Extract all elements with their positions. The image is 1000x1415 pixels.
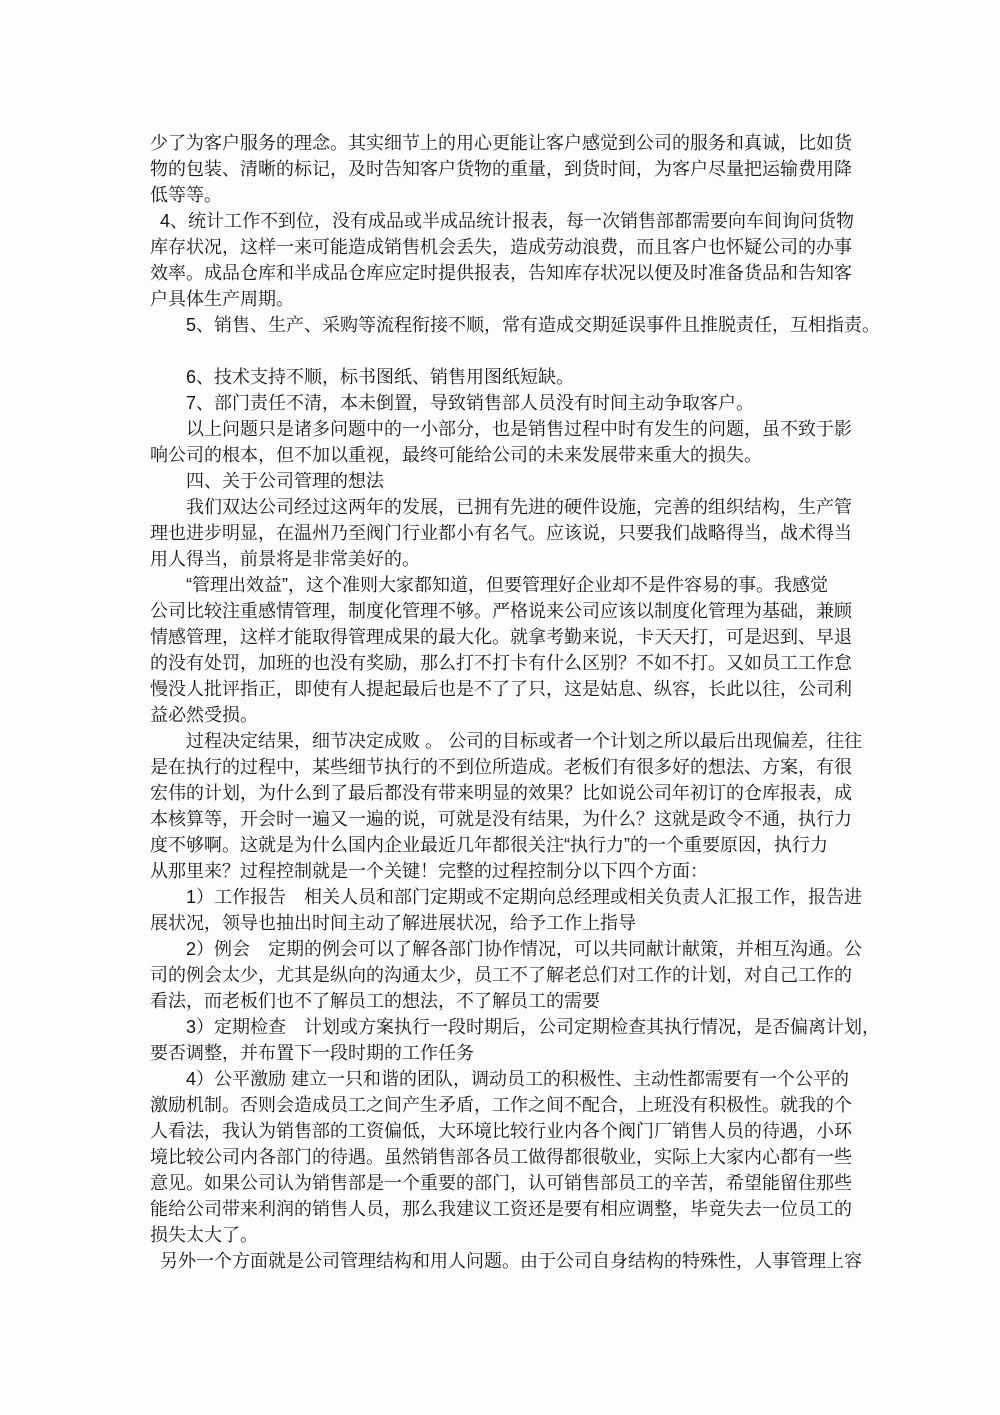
text-line: 本核算等，开会时一遍又一遍的说，可就是没有结果，为什么？这就是政令不通，执行力 bbox=[150, 806, 910, 832]
text-line: 物的包装、清晰的标记，及时告知客户货物的重量，到货时间，为客户尽量把运输费用降 bbox=[150, 156, 910, 182]
document-page: 少了为客户服务的理念。其实细节上的用心更能让客户感觉到公司的服务和真诚，比如货物… bbox=[0, 0, 1000, 1415]
text-line: 2）例会 定期的例会可以了解各部门协作情况，可以共同献计献策，并相互沟通。公 bbox=[150, 936, 910, 962]
text-line: 5、销售、生产、采购等流程衔接不顺，常有造成交期延误事件且推脱责任，互相指责。 bbox=[150, 312, 910, 338]
text-line: 情感管理，这样才能取得管理成果的最大化。就拿考勤来说，卡天天打，可是迟到、早退 bbox=[150, 624, 910, 650]
text-line: 是在执行的过程中，某些细节执行的不到位所造成。老板们有很多好的想法、方案，有很 bbox=[150, 754, 910, 780]
text-line: 理也进步明显，在温州乃至阀门行业都小有名气。应该说，只要我们战略得当，战术得当 bbox=[150, 520, 910, 546]
text-line: 公司比较注重感情管理，制度化管理不够。严格说来公司应该以制度化管理为基础，兼顾 bbox=[150, 598, 910, 624]
text-line: 宏伟的计划，为什么到了最后都没有带来明显的效果？比如说公司年初订的仓库报表，成 bbox=[150, 780, 910, 806]
text-line: 户具体生产周期。 bbox=[150, 286, 910, 312]
text-line: 库存状况，这样一来可能造成销售机会丢失，造成劳动浪费，而且客户也怀疑公司的办事 bbox=[150, 234, 910, 260]
text-line: 度不够啊。这就是为什么国内企业最近几年都很关注“执行力”的一个重要原因，执行力 bbox=[150, 832, 910, 858]
text-line: 慢没人批评指正，即使有人提起最后也是不了了只，这是姑息、纵容，长此以往，公司利 bbox=[150, 676, 910, 702]
text-line: 看法，而老板们也不了解员工的想法，不了解员工的需要 bbox=[150, 988, 910, 1014]
text-line: 从那里来？过程控制就是一个关键！完整的过程控制分以下四个方面： bbox=[150, 858, 910, 884]
text-line: 激励机制。否则会造成员工之间产生矛盾，工作之间不配合，上班没有积极性。就我的个 bbox=[150, 1092, 910, 1118]
text-line: 另外一个方面就是公司管理结构和用人问题。由于公司自身结构的特殊性，人事管理上容 bbox=[150, 1248, 910, 1274]
text-line: 以上问题只是诸多问题中的一小部分，也是销售过程中时有发生的问题，虽不致于影 bbox=[150, 416, 910, 442]
text-line: 能给公司带来利润的销售人员，那么我建议工资还是要有相应调整，毕竟失去一位员工的 bbox=[150, 1196, 910, 1222]
text-line: 四、关于公司管理的想法 bbox=[150, 468, 910, 494]
document-text: 少了为客户服务的理念。其实细节上的用心更能让客户感觉到公司的服务和真诚，比如货物… bbox=[150, 130, 910, 1274]
text-line: 3）定期检查 计划或方案执行一段时期后，公司定期检查其执行情况，是否偏离计划， bbox=[150, 1014, 910, 1040]
text-line: 要否调整，并布置下一段时期的工作任务 bbox=[150, 1040, 910, 1066]
text-line: 响公司的根本，但不加以重视，最终可能给公司的未来发展带来重大的损失。 bbox=[150, 442, 910, 468]
text-line: 6、技术支持不顺，标书图纸、销售用图纸短缺。 bbox=[150, 364, 910, 390]
text-line: 的没有处罚，加班的也没有奖励，那么打不打卡有什么区别？不如不打。又如员工工作怠 bbox=[150, 650, 910, 676]
text-line: 司的例会太少，尤其是纵向的沟通太少，员工不了解老总们对工作的计划，对自己工作的 bbox=[150, 962, 910, 988]
blank-line bbox=[150, 338, 910, 364]
text-line: 人看法，我认为销售部的工资偏低，大环境比较行业内各个阀门厂销售人员的待遇，小环 bbox=[150, 1118, 910, 1144]
text-line: 4、统计工作不到位，没有成品或半成品统计报表，每一次销售部都需要向车间询问货物 bbox=[150, 208, 910, 234]
text-line: 1）工作报告 相关人员和部门定期或不定期向总经理或相关负责人汇报工作，报告进 bbox=[150, 884, 910, 910]
text-line: 用人得当，前景将是非常美好的。 bbox=[150, 546, 910, 572]
text-line: 少了为客户服务的理念。其实细节上的用心更能让客户感觉到公司的服务和真诚，比如货 bbox=[150, 130, 910, 156]
text-line: 低等等。 bbox=[150, 182, 910, 208]
text-line: 意见。如果公司认为销售部是一个重要的部门，认可销售部员工的辛苦，希望能留住那些 bbox=[150, 1170, 910, 1196]
text-line: 我们双达公司经过这两年的发展，已拥有先进的硬件设施，完善的组织结构，生产管 bbox=[150, 494, 910, 520]
text-line: 7、部门责任不清，本未倒置，导致销售部人员没有时间主动争取客户。 bbox=[150, 390, 910, 416]
text-line: 境比较公司内各部门的待遇。虽然销售部各员工做得都很敬业，实际上大家内心都有一些 bbox=[150, 1144, 910, 1170]
text-line: 益必然受损。 bbox=[150, 702, 910, 728]
text-line: 损失太大了。 bbox=[150, 1222, 910, 1248]
text-line: 过程决定结果，细节决定成败 。 公司的目标或者一个计划之所以最后出现偏差，往往 bbox=[150, 728, 910, 754]
text-line: 展状况，领导也抽出时间主动了解进展状况，给予工作上指导 bbox=[150, 910, 910, 936]
text-line: 4）公平激励 建立一只和谐的团队，调动员工的积极性、主动性都需要有一个公平的 bbox=[150, 1066, 910, 1092]
text-line: 效率。成品仓库和半成品仓库应定时提供报表，告知库存状况以便及时准备货品和告知客 bbox=[150, 260, 910, 286]
text-line: “管理出效益”，这个准则大家都知道，但要管理好企业却不是件容易的事。我感觉 bbox=[150, 572, 910, 598]
